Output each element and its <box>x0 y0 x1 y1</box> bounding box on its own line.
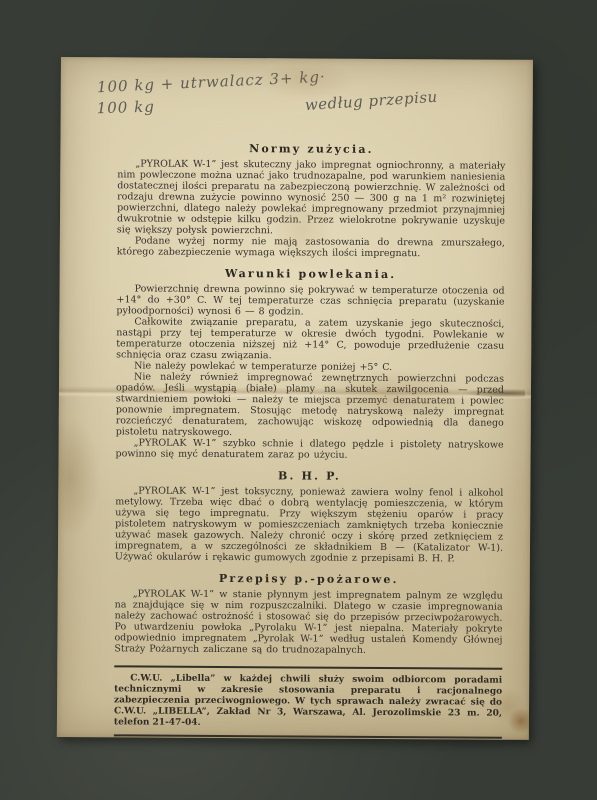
handwritten-note-recipe: według przepisu <box>304 88 438 114</box>
paragraph: „PYROLAK W-1” szybko schnie i dlatego pę… <box>116 437 504 461</box>
section-heading-warunki-powlekania: Warunki powlekania. <box>117 266 505 281</box>
paragraph: „PYROLAK W-1” jest toksyczny, ponieważ z… <box>115 485 503 564</box>
section-heading-normy-zuzycia: Normy zużycia. <box>117 141 505 156</box>
photo-backdrop: 100 kg + utrwalacz 3+ kg· 100 kg według … <box>0 0 597 800</box>
printed-text-block: Normy zużycia. „PYROLAK W-1” jest skutec… <box>114 141 506 738</box>
footer-contact-note: C.W.U. „Libella” w każdej chwili służy s… <box>114 673 502 730</box>
paragraph: Całkowite związanie preparatu, a zatem u… <box>116 316 504 362</box>
paragraph: Nie należy również impregnować zewnętrzn… <box>116 371 504 439</box>
footer-divider-top <box>114 665 502 669</box>
document-page: 100 kg + utrwalacz 3+ kg· 100 kg według … <box>57 57 533 740</box>
paragraph: Powierzchnię drewna powinno się pokrywać… <box>116 283 504 318</box>
handwritten-note-quantity-line1: 100 kg + utrwalacz 3+ kg· <box>97 68 327 97</box>
fold-crease-smudge <box>461 388 525 397</box>
paragraph: „PYROLAK W-1” w stanie płynnym jest impr… <box>114 588 502 656</box>
paragraph: Podane wyżej normy nie mają zastosowania… <box>117 235 505 259</box>
footer-divider-bottom <box>114 734 502 738</box>
section-heading-bhp: B. H. P. <box>115 468 503 483</box>
handwritten-note-quantity-line2: 100 kg <box>96 98 155 118</box>
section-heading-przepisy-pozarowe: Przepisy p.-pożarowe. <box>115 571 503 586</box>
paragraph: „PYROLAK W-1” jest skuteczny jako impreg… <box>117 158 505 237</box>
